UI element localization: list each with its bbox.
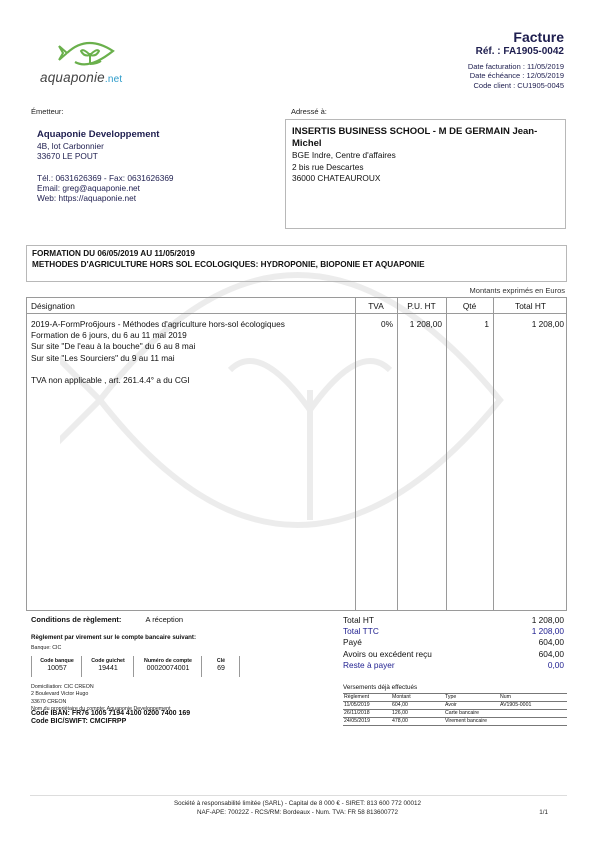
payment-num: AV1905-0001 (499, 702, 567, 710)
line-designation: 2019-A-FormPro6jours - Méthodes d'agricu… (31, 319, 285, 386)
total-value: 1 208,00 (532, 615, 564, 626)
page-number: 1/1 (539, 809, 548, 816)
subject-line2: METHODES D'AGRICULTURE HORS SOL ECOLOGIQ… (32, 260, 561, 271)
payment-amount: 604,00 (391, 702, 444, 710)
recipient-address1: BGE Indre, Centre d'affaires (292, 150, 559, 162)
payments-header-row: Règlement Montant Type Num (343, 694, 567, 702)
bank-codes: Code IBAN: FR76 1005 7194 4100 0200 7400… (31, 710, 190, 727)
total-value: 604,00 (539, 637, 564, 648)
total-label: Total TTC (343, 626, 379, 637)
recipient-address3: 36000 CHATEAUROUX (292, 173, 559, 185)
column-divider (397, 298, 398, 610)
emitter-address2: 33670 LE POUT (37, 151, 174, 161)
remaining-row: Reste à payer0,00 (343, 660, 564, 671)
emitter-phone: Tél.: 0631626369 - Fax: 0631626369 (37, 173, 174, 183)
total-value: 0,00 (548, 660, 564, 671)
rib-cle: Clé 69 (201, 656, 240, 677)
column-divider (493, 298, 494, 610)
total-label: Total HT (343, 615, 374, 626)
header-total-ht: Total HT (493, 301, 568, 311)
currency-note: Montants exprimés en Euros (470, 286, 565, 295)
recipient-name-line1: INSERTIS BUSINESS SCHOOL - M DE GERMAIN … (292, 126, 559, 138)
company-logo: aquaponie.net (40, 34, 140, 89)
payments-header: Montant (391, 694, 444, 702)
invoice-date: Date facturation : 11/05/2019 (468, 62, 564, 71)
line-pu-ht: 1 208,00 (397, 319, 442, 329)
conditions-label: Conditions de règlement: (31, 615, 121, 624)
header-pu-ht: P.U. HT (397, 301, 446, 311)
recipient-box: INSERTIS BUSINESS SCHOOL - M DE GERMAIN … (285, 119, 566, 229)
payments-header: Num (499, 694, 567, 702)
line-tva: 0% (355, 319, 393, 329)
bank-name: Banque: CIC (31, 645, 61, 651)
header-tva: TVA (355, 301, 397, 311)
designation-line: TVA non applicable , art. 261.4.4° a du … (31, 375, 285, 386)
designation-line: Sur site "De l'eau à la bouche" du 6 au … (31, 341, 285, 352)
payment-row: 24/05/2019 478,00 Virement bancaire (343, 718, 567, 726)
emitter-label: Émetteur: (31, 107, 64, 116)
designation-line: 2019-A-FormPro6jours - Méthodes d'agricu… (31, 319, 285, 330)
payment-type: Virement bancaire (444, 718, 499, 726)
total-value: 604,00 (539, 649, 564, 660)
total-ttc-row: Total TTC1 208,00 (343, 626, 564, 637)
payment-row: 26/11/2018 126,00 Carte bancaire (343, 710, 567, 718)
bank-transfer-label: Règlement par virement sur le compte ban… (31, 634, 196, 641)
invoice-title: Facture (468, 29, 564, 45)
footer-line1: Société à responsabilité limitée (SARL) … (0, 800, 595, 809)
emitter-block: Aquaponie Developpement 4B, lot Carbonni… (37, 129, 174, 203)
rib-header: Numéro de compte (134, 658, 202, 664)
column-divider (355, 298, 356, 610)
rib-code-banque: Code banque 10057 (31, 656, 82, 677)
rib-header: Code banque (32, 658, 82, 664)
logo-text: aquaponie.net (40, 70, 122, 85)
rib-header: Clé (202, 658, 240, 664)
rib-value: 19441 (82, 665, 134, 672)
invoice-lines-table: Désignation TVA P.U. HT Qté Total HT 201… (26, 297, 567, 611)
payment-date: 24/05/2019 (343, 718, 391, 726)
fish-sprout-icon (57, 36, 119, 70)
column-divider (446, 298, 447, 610)
header-designation: Désignation (31, 301, 75, 311)
emitter-email[interactable]: Email: greg@aquaponie.net (37, 183, 174, 193)
payments-header: Règlement (343, 694, 391, 702)
due-date: Date échéance : 12/05/2019 (468, 71, 564, 80)
subject-line1: FORMATION DU 06/05/2019 AU 11/05/2019 (32, 249, 561, 260)
domiciliation-line: 2 Boulevard Victor Hugo (31, 691, 171, 698)
payment-conditions: Conditions de règlement: A réception (31, 615, 183, 624)
rib-end-divider (239, 656, 241, 677)
designation-line: Formation de 6 jours, du 6 au 11 mai 201… (31, 330, 285, 341)
payment-type: Avoir (444, 702, 499, 710)
table-header: Désignation TVA P.U. HT Qté Total HT (27, 298, 566, 314)
client-code: Code client : CU1905-0045 (468, 81, 564, 90)
payments-title: Versements déjà effectués (343, 684, 417, 691)
payment-amount: 478,00 (391, 718, 444, 726)
payments-header: Type (444, 694, 499, 702)
iban: Code IBAN: FR76 1005 7194 4100 0200 7400… (31, 710, 190, 718)
payment-row: 11/05/2019 604,00 Avoir AV1905-0001 (343, 702, 567, 710)
designation-line: Sur site "Les Sourciers" du 9 au 11 mai (31, 353, 285, 364)
recipient-address2: 2 bis rue Descartes (292, 162, 559, 174)
recipient-label: Adressé à: (291, 107, 327, 116)
invoice-header: Facture Réf. : FA1905-0042 Date facturat… (468, 29, 564, 90)
payment-date: 11/05/2019 (343, 702, 391, 710)
total-label: Payé (343, 637, 362, 648)
conditions-value: A réception (146, 615, 184, 624)
totals-block: Total HT1 208,00 Total TTC1 208,00 Payé6… (343, 615, 564, 671)
total-value: 1 208,00 (532, 626, 564, 637)
paid-row: Payé604,00 (343, 637, 564, 648)
header-qty: Qté (446, 301, 493, 311)
recipient-name-line2: Michel (292, 138, 559, 150)
invoice-subject: FORMATION DU 06/05/2019 AU 11/05/2019 ME… (26, 245, 567, 282)
total-label: Reste à payer (343, 660, 395, 671)
bic: Code BIC/SWIFT: CMCIFRPP (31, 718, 190, 726)
total-label: Avoirs ou excédent reçu (343, 649, 432, 660)
rib-value: 10057 (32, 665, 82, 672)
total-ht-row: Total HT1 208,00 (343, 615, 564, 626)
line-total-ht: 1 208,00 (493, 319, 564, 329)
rib-code-guichet: Code guichet 19441 (81, 656, 134, 677)
domiciliation-line: 33670 CREON (31, 699, 171, 706)
payment-num (499, 710, 567, 718)
domiciliation-line: Domiciliation: CIC CREON (31, 684, 171, 691)
invoice-ref: Réf. : FA1905-0042 (468, 45, 564, 58)
line-qty: 1 (446, 319, 489, 329)
payment-amount: 126,00 (391, 710, 444, 718)
credits-row: Avoirs ou excédent reçu604,00 (343, 649, 564, 660)
rib-value: 69 (202, 665, 240, 672)
payment-num (499, 718, 567, 726)
payment-date: 26/11/2018 (343, 710, 391, 718)
payment-type: Carte bancaire (444, 710, 499, 718)
rib-account-number: Numéro de compte 00020074001 (133, 656, 202, 677)
emitter-name: Aquaponie Developpement (37, 129, 174, 141)
footer-line2: NAF-APE: 70022Z - RCS/RM: Bordeaux - Num… (0, 809, 595, 818)
footer-divider (30, 795, 567, 796)
legal-footer: Société à responsabilité limitée (SARL) … (0, 800, 595, 818)
payments-table: Règlement Montant Type Num 11/05/2019 60… (343, 693, 567, 726)
emitter-address1: 4B, lot Carbonnier (37, 141, 174, 151)
rib-header: Code guichet (82, 658, 134, 664)
rib-value: 00020074001 (134, 665, 202, 672)
emitter-web[interactable]: Web: https://aquaponie.net (37, 193, 174, 203)
